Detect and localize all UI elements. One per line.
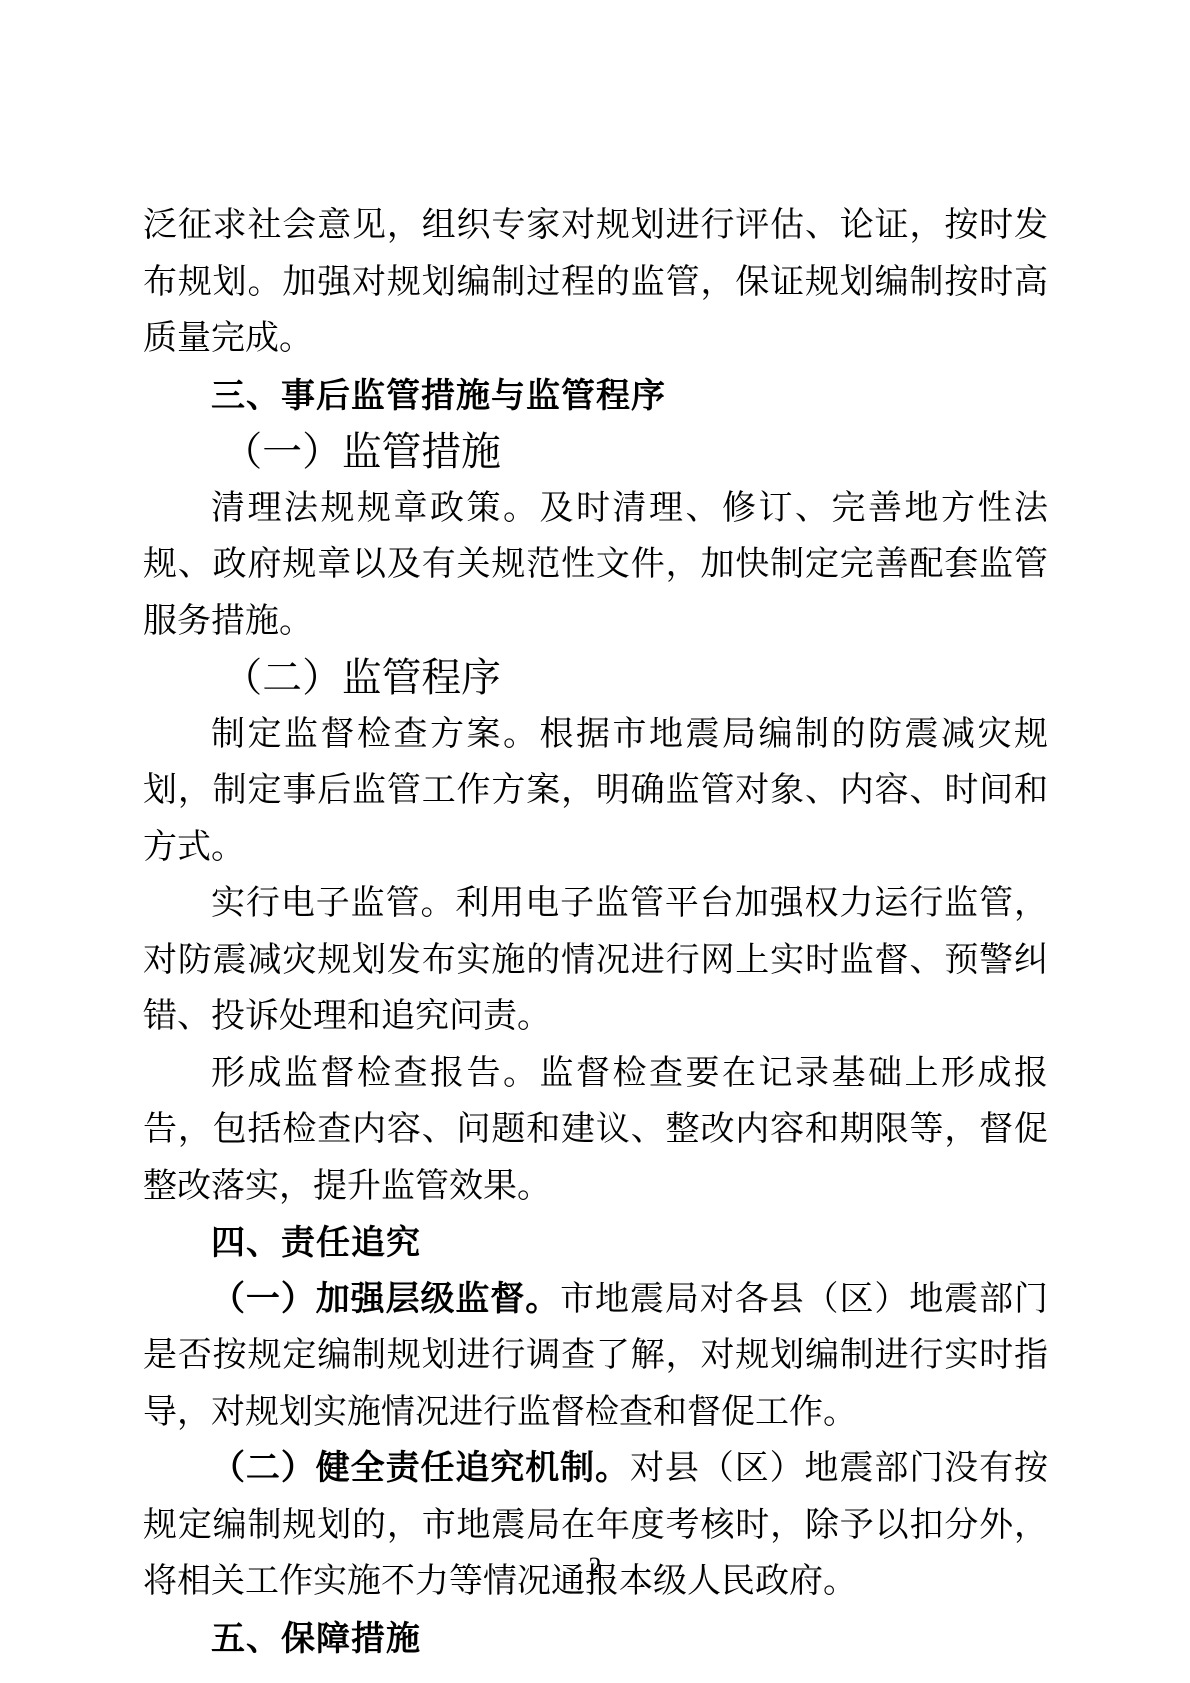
paragraph-accountability-2-lead: （二）健全责任追究机制。 — [211, 1450, 630, 1487]
paragraph-procedure-report: 形成监督检查报告。监督检查要在记录基础上形成报告，包括检查内容、问题和建议、整改… — [143, 1046, 1048, 1216]
sub-heading-procedure: （二）监管程序 — [143, 650, 1048, 707]
paragraph-procedure-plan: 制定监督检查方案。根据市地震局编制的防震减灾规划，制定事后监管工作方案，明确监管… — [143, 707, 1048, 877]
paragraph-procedure-electronic: 实行电子监管。利用电子监管平台加强权力运行监管，对防震减灾规划发布实施的情况进行… — [143, 876, 1048, 1046]
page-number: 2 — [0, 1552, 1190, 1582]
section-heading-5: 五、保障措施 — [143, 1611, 1048, 1668]
paragraph-measures: 清理法规规章政策。及时清理、修订、完善地方性法规、政府规章以及有关规范性文件，加… — [143, 481, 1048, 651]
sub-heading-measures: （一）监管措施 — [143, 424, 1048, 481]
section-heading-4: 四、责任追究 — [143, 1215, 1048, 1272]
paragraph-intro-continuation: 泛征求社会意见，组织专家对规划进行评估、论证，按时发布规划。加强对规划编制过程的… — [143, 198, 1048, 368]
paragraph-accountability-1-lead: （一）加强层级监督。 — [211, 1281, 560, 1318]
paragraph-accountability-1: （一）加强层级监督。市地震局对各县（区）地震部门是否按规定编制规划进行调查了解，… — [143, 1272, 1048, 1442]
paragraph-accountability-2: （二）健全责任追究机制。对县（区）地震部门没有按规定编制规划的，市地震局在年度考… — [143, 1441, 1048, 1611]
section-heading-3: 三、事后监管措施与监管程序 — [143, 368, 1048, 425]
document-body: 泛征求社会意见，组织专家对规划进行评估、论证，按时发布规划。加强对规划编制过程的… — [143, 198, 1048, 1667]
document-page: 泛征求社会意见，组织专家对规划进行评估、论证，按时发布规划。加强对规划编制过程的… — [0, 0, 1190, 1683]
